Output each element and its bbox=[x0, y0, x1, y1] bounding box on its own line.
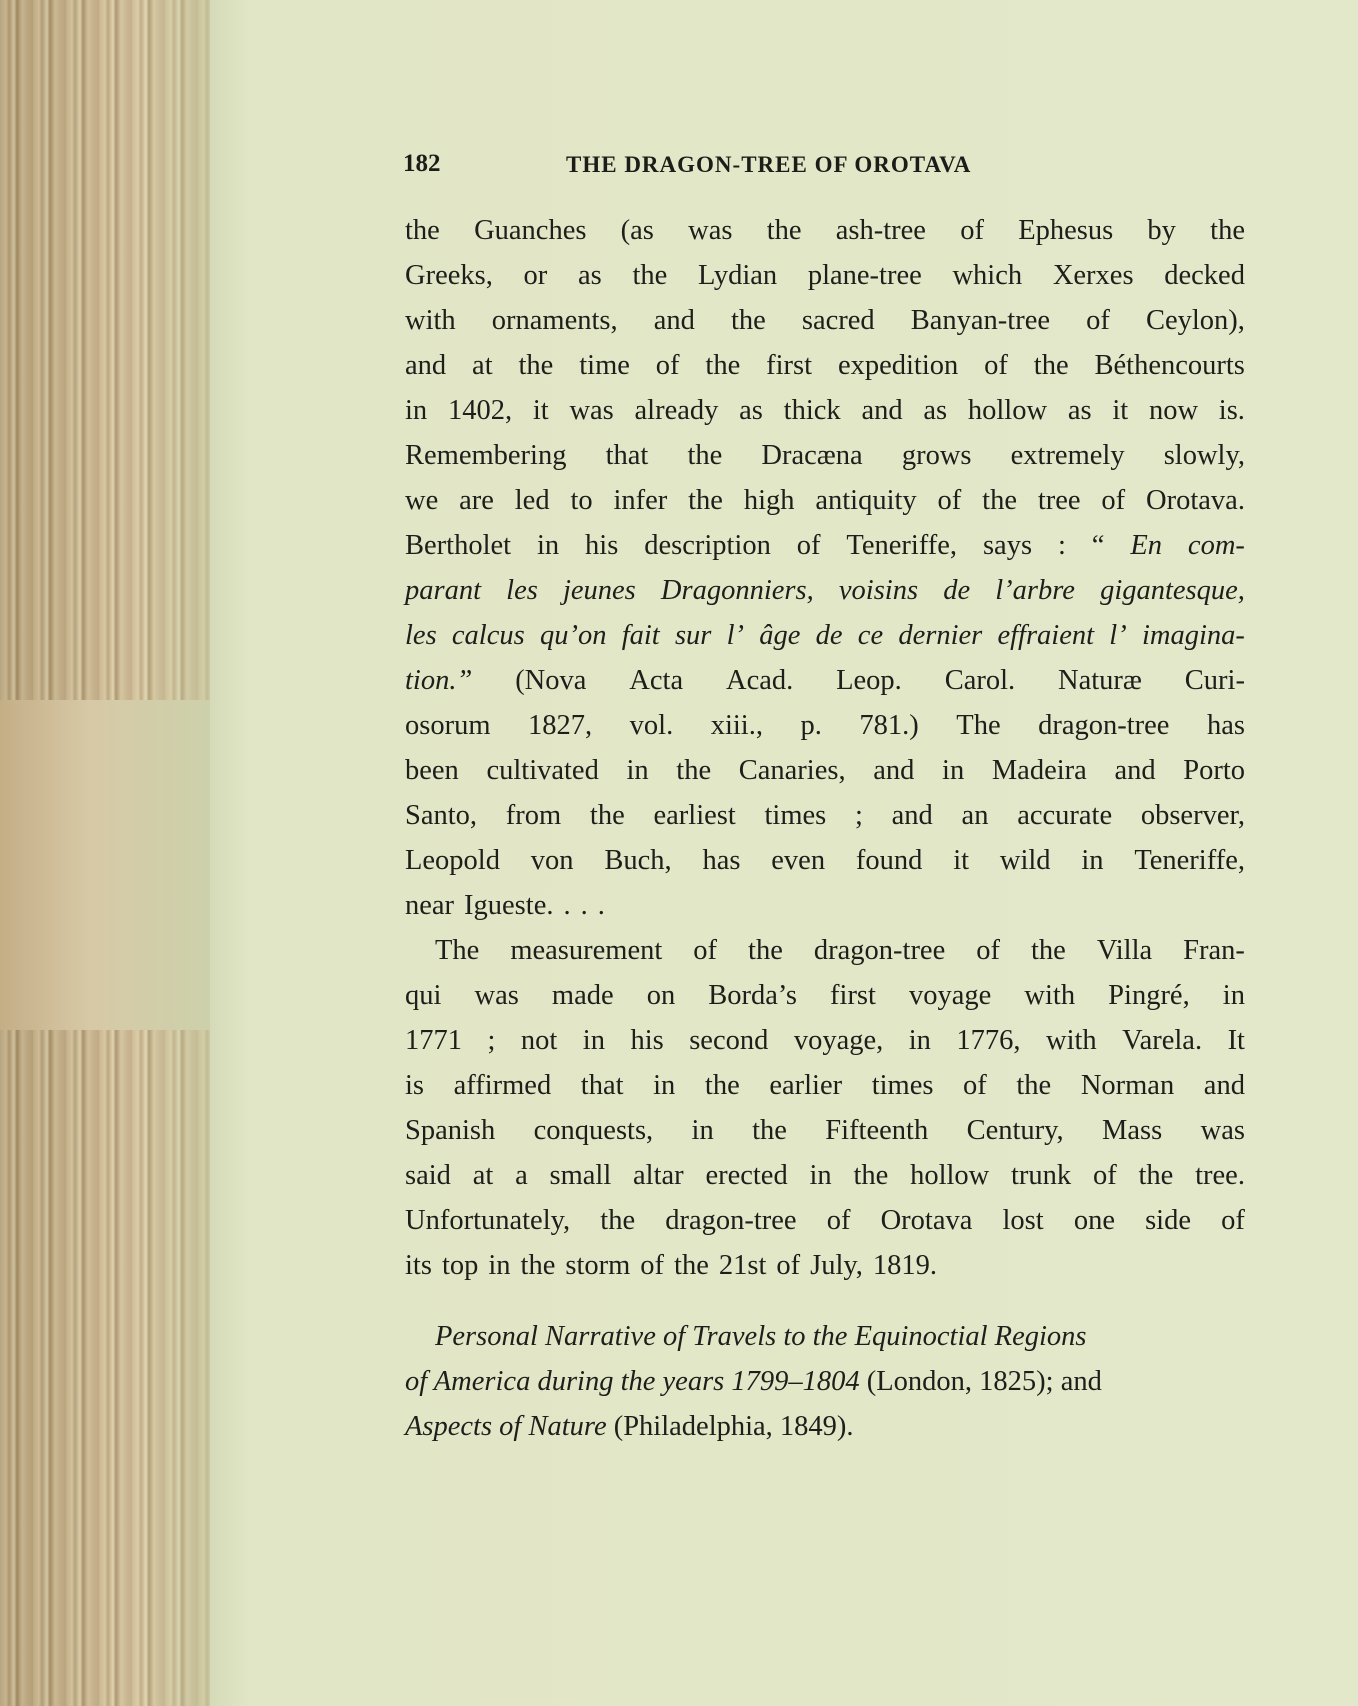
text-line: 1771;notinhissecondvoyage,in1776,withVar… bbox=[405, 1018, 1245, 1063]
text-line: Santo,fromtheearliesttimes;andanaccurate… bbox=[405, 793, 1245, 838]
text-line: beencultivatedintheCanaries,andinMadeira… bbox=[405, 748, 1245, 793]
paragraph-2: Themeasurementofthedragon-treeoftheVilla… bbox=[405, 928, 1245, 1288]
text-line: osorum1827,vol.xiii.,p.781.)Thedragon-tr… bbox=[405, 703, 1245, 748]
source-note-line-3: Aspects of Nature (Philadelphia, 1849). bbox=[405, 1404, 1245, 1449]
source-note-line-1: Personal Narrative of Travels to the Equ… bbox=[405, 1314, 1245, 1359]
text-line: andatthetimeofthefirstexpeditionoftheBét… bbox=[405, 343, 1245, 388]
running-head-title: THE DRAGON-TREE OF OROTAVA bbox=[566, 152, 971, 178]
text-line: in1402,itwasalreadyasthickandashollowasi… bbox=[405, 388, 1245, 433]
publication-info-1: (London, 1825); and bbox=[860, 1366, 1102, 1397]
paragraph-1: theGuanches(aswastheash-treeofEphesusbyt… bbox=[405, 208, 1245, 928]
text-line: Spanishconquests,intheFifteenthCentury,M… bbox=[405, 1108, 1245, 1153]
text-line: tion.”(NovaActaAcad.Leop.Carol.NaturæCur… bbox=[405, 658, 1245, 703]
text-line: Unfortunately,thedragon-treeofOrotavalos… bbox=[405, 1198, 1245, 1243]
text-line: weareledtoinferthehighantiquityofthetree… bbox=[405, 478, 1245, 523]
body-text: theGuanches(aswastheash-treeofEphesusbyt… bbox=[405, 208, 1245, 1449]
text-line: itstopinthestormofthe21stofJuly,1819. bbox=[405, 1243, 1245, 1288]
text-line: RememberingthattheDracænagrowsextremelys… bbox=[405, 433, 1245, 478]
text-line: quiwasmadeonBorda’sfirstvoyagewithPingré… bbox=[405, 973, 1245, 1018]
text-line: theGuanches(aswastheash-treeofEphesusbyt… bbox=[405, 208, 1245, 253]
text-line: BertholetinhisdescriptionofTeneriffe,say… bbox=[405, 523, 1245, 568]
text-line: parantlesjeunesDragonniers,voisinsdel’ar… bbox=[405, 568, 1245, 613]
text-line: Greeks,orastheLydianplane-treewhichXerxe… bbox=[405, 253, 1245, 298]
page-number: 182 bbox=[403, 150, 441, 178]
work-title-continued: of America during the years 1799–1804 bbox=[405, 1366, 860, 1397]
text-line: lescalcusqu’onfaitsurl’âgedecederniereff… bbox=[405, 613, 1245, 658]
text-line: LeopoldvonBuch,hasevenfounditwildinTener… bbox=[405, 838, 1245, 883]
book-gutter-shadow bbox=[0, 700, 225, 1030]
text-line: isaffirmedthatintheearliertimesoftheNorm… bbox=[405, 1063, 1245, 1108]
work-title-personal-narrative: Personal Narrative of Travels to the Equ… bbox=[435, 1321, 1087, 1352]
publication-info-2: (Philadelphia, 1849). bbox=[607, 1411, 854, 1442]
source-note: Personal Narrative of Travels to the Equ… bbox=[405, 1314, 1245, 1449]
work-title-aspects-of-nature: Aspects of Nature bbox=[405, 1411, 607, 1442]
text-line: Themeasurementofthedragon-treeoftheVilla… bbox=[405, 928, 1245, 973]
text-line: saidatasmallaltarerectedinthehollowtrunk… bbox=[405, 1153, 1245, 1198]
source-note-line-2: of America during the years 1799–1804 (L… bbox=[405, 1359, 1245, 1404]
text-line: withornaments,andthesacredBanyan-treeofC… bbox=[405, 298, 1245, 343]
text-line: nearIgueste.... bbox=[405, 883, 1245, 928]
